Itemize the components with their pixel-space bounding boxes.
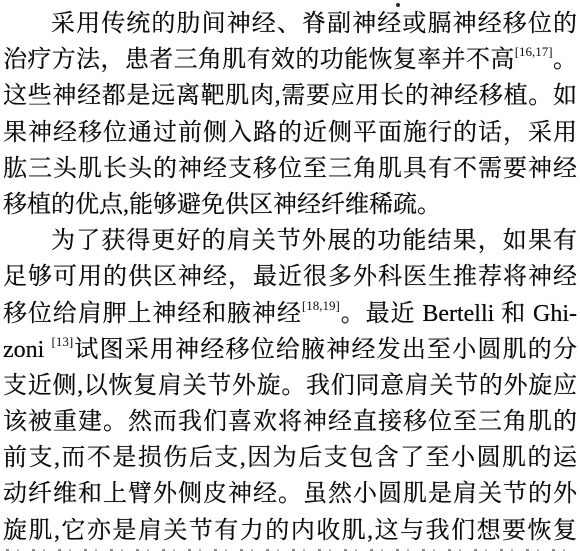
- text-line: 移位给肩胛上神经和腋神经[18,19]。最近 Bertelli 和 Ghi-: [3, 296, 577, 332]
- text-line: 该被重建。然而我们喜欢将神经直接移位至三角肌的: [3, 404, 577, 440]
- line-text: 果神经移位通过前侧入路的近侧平面施行的话，采用: [3, 120, 577, 146]
- scanned-page: 采用传统的肋间神经、脊副神经或膈神经移位的 治疗方法，患者三角肌有效的功能恢复率…: [0, 0, 580, 551]
- line-text: 肱三头肌长头的神经支移位至三角肌具有不需要神经: [3, 156, 577, 182]
- line-text: 采用传统的肋间神经、脊副神经或膈神经移位的: [51, 11, 577, 37]
- citation-ref: [18,19]: [302, 298, 340, 313]
- line-text: 旋肌,它亦是肩关节有力的内收肌,这与我们想要恢复: [3, 518, 577, 544]
- line-text: 为了获得更好的肩关节外展的功能结果，如果有: [51, 228, 577, 254]
- text-line: zoni [13]试图采用神经移位给腋神经发出至小圆肌的分: [3, 332, 577, 368]
- text-line: 治疗方法，患者三角肌有效的功能恢复率并不高[16,17]。: [3, 42, 577, 78]
- line-text: 前支,而不是损伤后支,因为后支包含了至小圆肌的运: [3, 445, 577, 471]
- line-text: 动纤维和上臂外侧皮神经。虽然小圆肌是肩关节的外: [3, 481, 577, 507]
- text-line: 前支,而不是损伤后支,因为后支包含了至小圆肌的运: [3, 440, 577, 476]
- citation-ref: [16,17]: [515, 44, 553, 59]
- scan-speck: [396, 3, 400, 7]
- line-text: 移位给肩胛上神经和腋神经: [3, 301, 302, 327]
- paragraph-1: 采用传统的肋间神经、脊副神经或膈神经移位的 治疗方法，患者三角肌有效的功能恢复率…: [3, 6, 577, 223]
- line-text: 支近侧,以恢复肩关节外旋。我们同意肩关节的外旋应: [3, 373, 577, 399]
- line-text: 。: [553, 47, 577, 73]
- text-line: 果神经移位通过前侧入路的近侧平面施行的话，采用: [3, 115, 577, 151]
- paragraph-2: 为了获得更好的肩关节外展的功能结果，如果有 足够可用的供区神经，最近很多外科医生…: [3, 223, 577, 549]
- line-text: 治疗方法，患者三角肌有效的功能恢复率并不高: [3, 47, 515, 73]
- text-line: 足够可用的供区神经，最近很多外科医生推荐将神经: [3, 259, 577, 295]
- text-line: 支近侧,以恢复肩关节外旋。我们同意肩关节的外旋应: [3, 368, 577, 404]
- line-text: 移植的优点,能够避免供区神经纤维稀疏。: [3, 192, 441, 218]
- line-text: 该被重建。然而我们喜欢将神经直接移位至三角肌的: [3, 409, 577, 435]
- line-text: 。最近 Bertelli 和 Ghi-: [340, 301, 577, 327]
- text-line: 动纤维和上臂外侧皮神经。虽然小圆肌是肩关节的外: [3, 476, 577, 512]
- text-line: 旋肌,它亦是肩关节有力的内收肌,这与我们想要恢复: [3, 513, 577, 549]
- line-text: 试图采用神经移位给腋神经发出至小圆肌的分: [73, 337, 577, 363]
- text-line: 为了获得更好的肩关节外展的功能结果，如果有: [3, 223, 577, 259]
- citation-ref: [13]: [52, 334, 74, 349]
- text-line: 这些神经都是远离靶肌肉,需要应用长的神经移植。如: [3, 78, 577, 114]
- line-text: 足够可用的供区神经，最近很多外科医生推荐将神经: [3, 264, 577, 290]
- text-line: 移植的优点,能够避免供区神经纤维稀疏。: [3, 187, 577, 223]
- line-text: zoni: [3, 337, 52, 363]
- line-text: 这些神经都是远离靶肌肉,需要应用长的神经移植。如: [3, 83, 577, 109]
- text-line: 肱三头肌长头的神经支移位至三角肌具有不需要神经: [3, 151, 577, 187]
- text-line: 采用传统的肋间神经、脊副神经或膈神经移位的: [3, 6, 577, 42]
